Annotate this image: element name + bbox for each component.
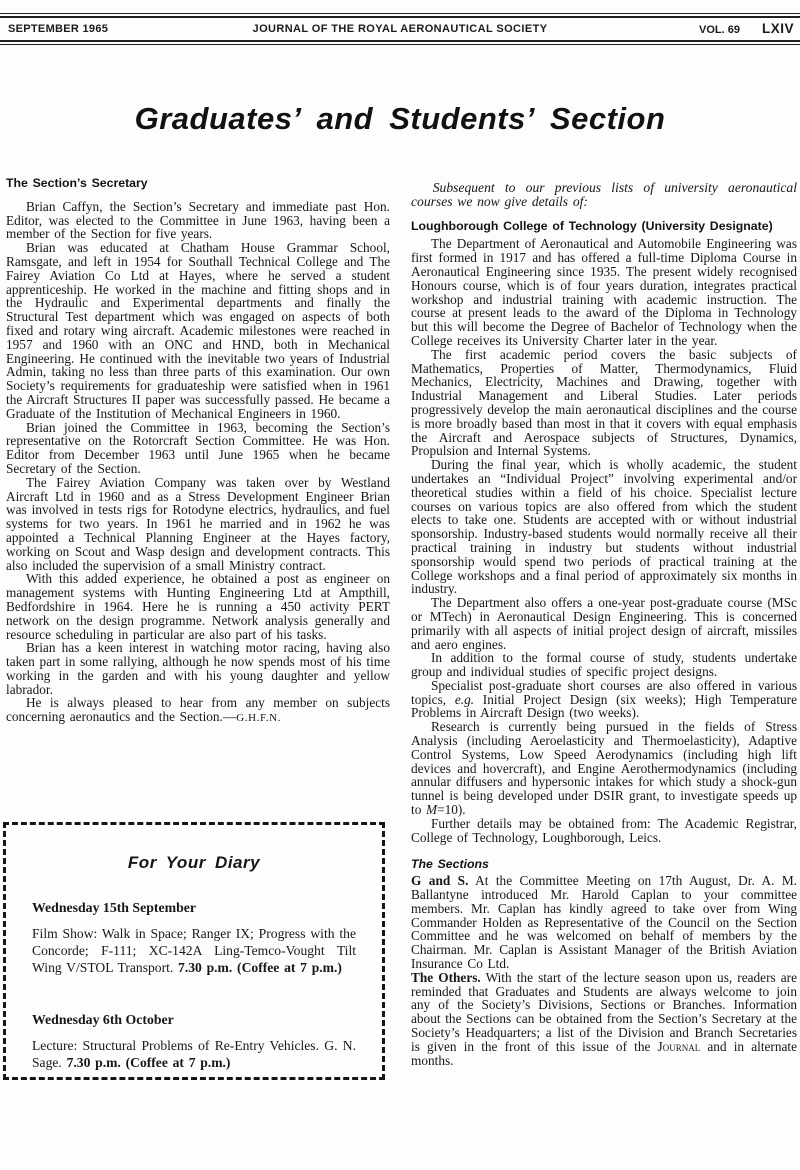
- research-text: Research is currently being pursued in t…: [411, 719, 797, 817]
- paragraph: With this added experience, he obtained …: [6, 572, 390, 641]
- header-rule-top-thick: [0, 16, 800, 18]
- paragraph: The first academic period covers the bas…: [411, 348, 797, 458]
- journal-name: JOURNAL OF THE ROYAL AERONAUTICAL SOCIET…: [0, 23, 800, 35]
- paragraph: The Fairey Aviation Company was taken ov…: [6, 476, 390, 573]
- short-courses-paragraph: Specialist post-graduate short courses a…: [411, 679, 797, 720]
- folio-number: LXIV: [762, 21, 794, 36]
- diary-entry: Wednesday 6th October Lecture: Structura…: [32, 1012, 356, 1072]
- diary-entry: Wednesday 15th September Film Show: Walk…: [32, 900, 356, 976]
- diary-entry-body: Lecture: Structural Problems of Re-Entry…: [32, 1038, 356, 1072]
- mach-symbol: M: [426, 802, 437, 817]
- closing-text: He is always pleased to hear from any me…: [6, 695, 390, 724]
- author-initials: G.H.F.N.: [236, 712, 281, 724]
- paragraph: The Department also offers a one-year po…: [411, 596, 797, 651]
- paragraph: Brian has a keen interest in watching mo…: [6, 641, 390, 696]
- research-text: =10).: [437, 802, 466, 817]
- diary-box: For Your Diary Wednesday 15th September …: [3, 822, 385, 1080]
- diary-entry-time: 7.30 p.m.: [178, 960, 232, 975]
- header-right: VOL. 69 LXIV: [699, 21, 794, 36]
- paragraph: During the final year, which is wholly a…: [411, 458, 797, 596]
- paragraph: The Department of Aeronautical and Autom…: [411, 237, 797, 347]
- diary-entry-coffee: (Coffee at 7 p.m.): [237, 960, 342, 975]
- g-and-s-lead: G and S.: [411, 873, 468, 888]
- diary-entry-date: Wednesday 15th September: [32, 900, 356, 916]
- journal-page: SEPTEMBER 1965 JOURNAL OF THE ROYAL AERO…: [0, 0, 800, 1170]
- journal-smallcaps: Journal: [658, 1039, 701, 1054]
- g-and-s-paragraph: G and S. At the Committee Meeting on 17t…: [411, 874, 797, 971]
- intro-note: Subsequent to our previous lists of univ…: [411, 181, 797, 209]
- others-lead: The Others.: [411, 970, 481, 985]
- paragraph: Further details may be obtained from: Th…: [411, 817, 797, 845]
- research-paragraph: Research is currently being pursued in t…: [411, 720, 797, 817]
- diary-entry-body: Film Show: Walk in Space; Ranger IX; Pro…: [32, 926, 356, 976]
- diary-entry-date: Wednesday 6th October: [32, 1012, 356, 1028]
- section-title: Graduates’ and Students’ Section: [0, 101, 800, 137]
- diary-title: For Your Diary: [32, 853, 356, 873]
- eg-italic: e.g.: [455, 692, 474, 707]
- header-rule-bottom-thin: [0, 44, 800, 45]
- page-header: SEPTEMBER 1965 JOURNAL OF THE ROYAL AERO…: [0, 21, 800, 37]
- paragraph: In addition to the formal course of stud…: [411, 651, 797, 679]
- right-column: Subsequent to our previous lists of univ…: [411, 181, 797, 1067]
- header-rule-top-thin: [0, 13, 800, 14]
- g-and-s-text: At the Committee Meeting on 17th August,…: [411, 873, 797, 971]
- diary-entry-time: 7.30 p.m.: [67, 1055, 121, 1070]
- diary-entry-coffee: (Coffee at 7 p.m.): [126, 1055, 231, 1070]
- closing-paragraph: He is always pleased to hear from any me…: [6, 696, 390, 726]
- left-column: The Section’s Secretary Brian Caffyn, th…: [6, 177, 390, 726]
- secretary-heading: The Section’s Secretary: [6, 177, 390, 191]
- header-rule-bottom-thick: [0, 40, 800, 42]
- volume-number: VOL. 69: [699, 24, 740, 36]
- sections-heading: The Sections: [411, 858, 797, 872]
- paragraph: Brian Caffyn, the Section’s Secretary an…: [6, 200, 390, 241]
- loughborough-heading: Loughborough College of Technology (Univ…: [411, 220, 797, 234]
- paragraph: Brian was educated at Chatham House Gram…: [6, 241, 390, 420]
- others-paragraph: The Others. With the start of the lectur…: [411, 971, 797, 1068]
- paragraph: Brian joined the Committee in 1963, beco…: [6, 421, 390, 476]
